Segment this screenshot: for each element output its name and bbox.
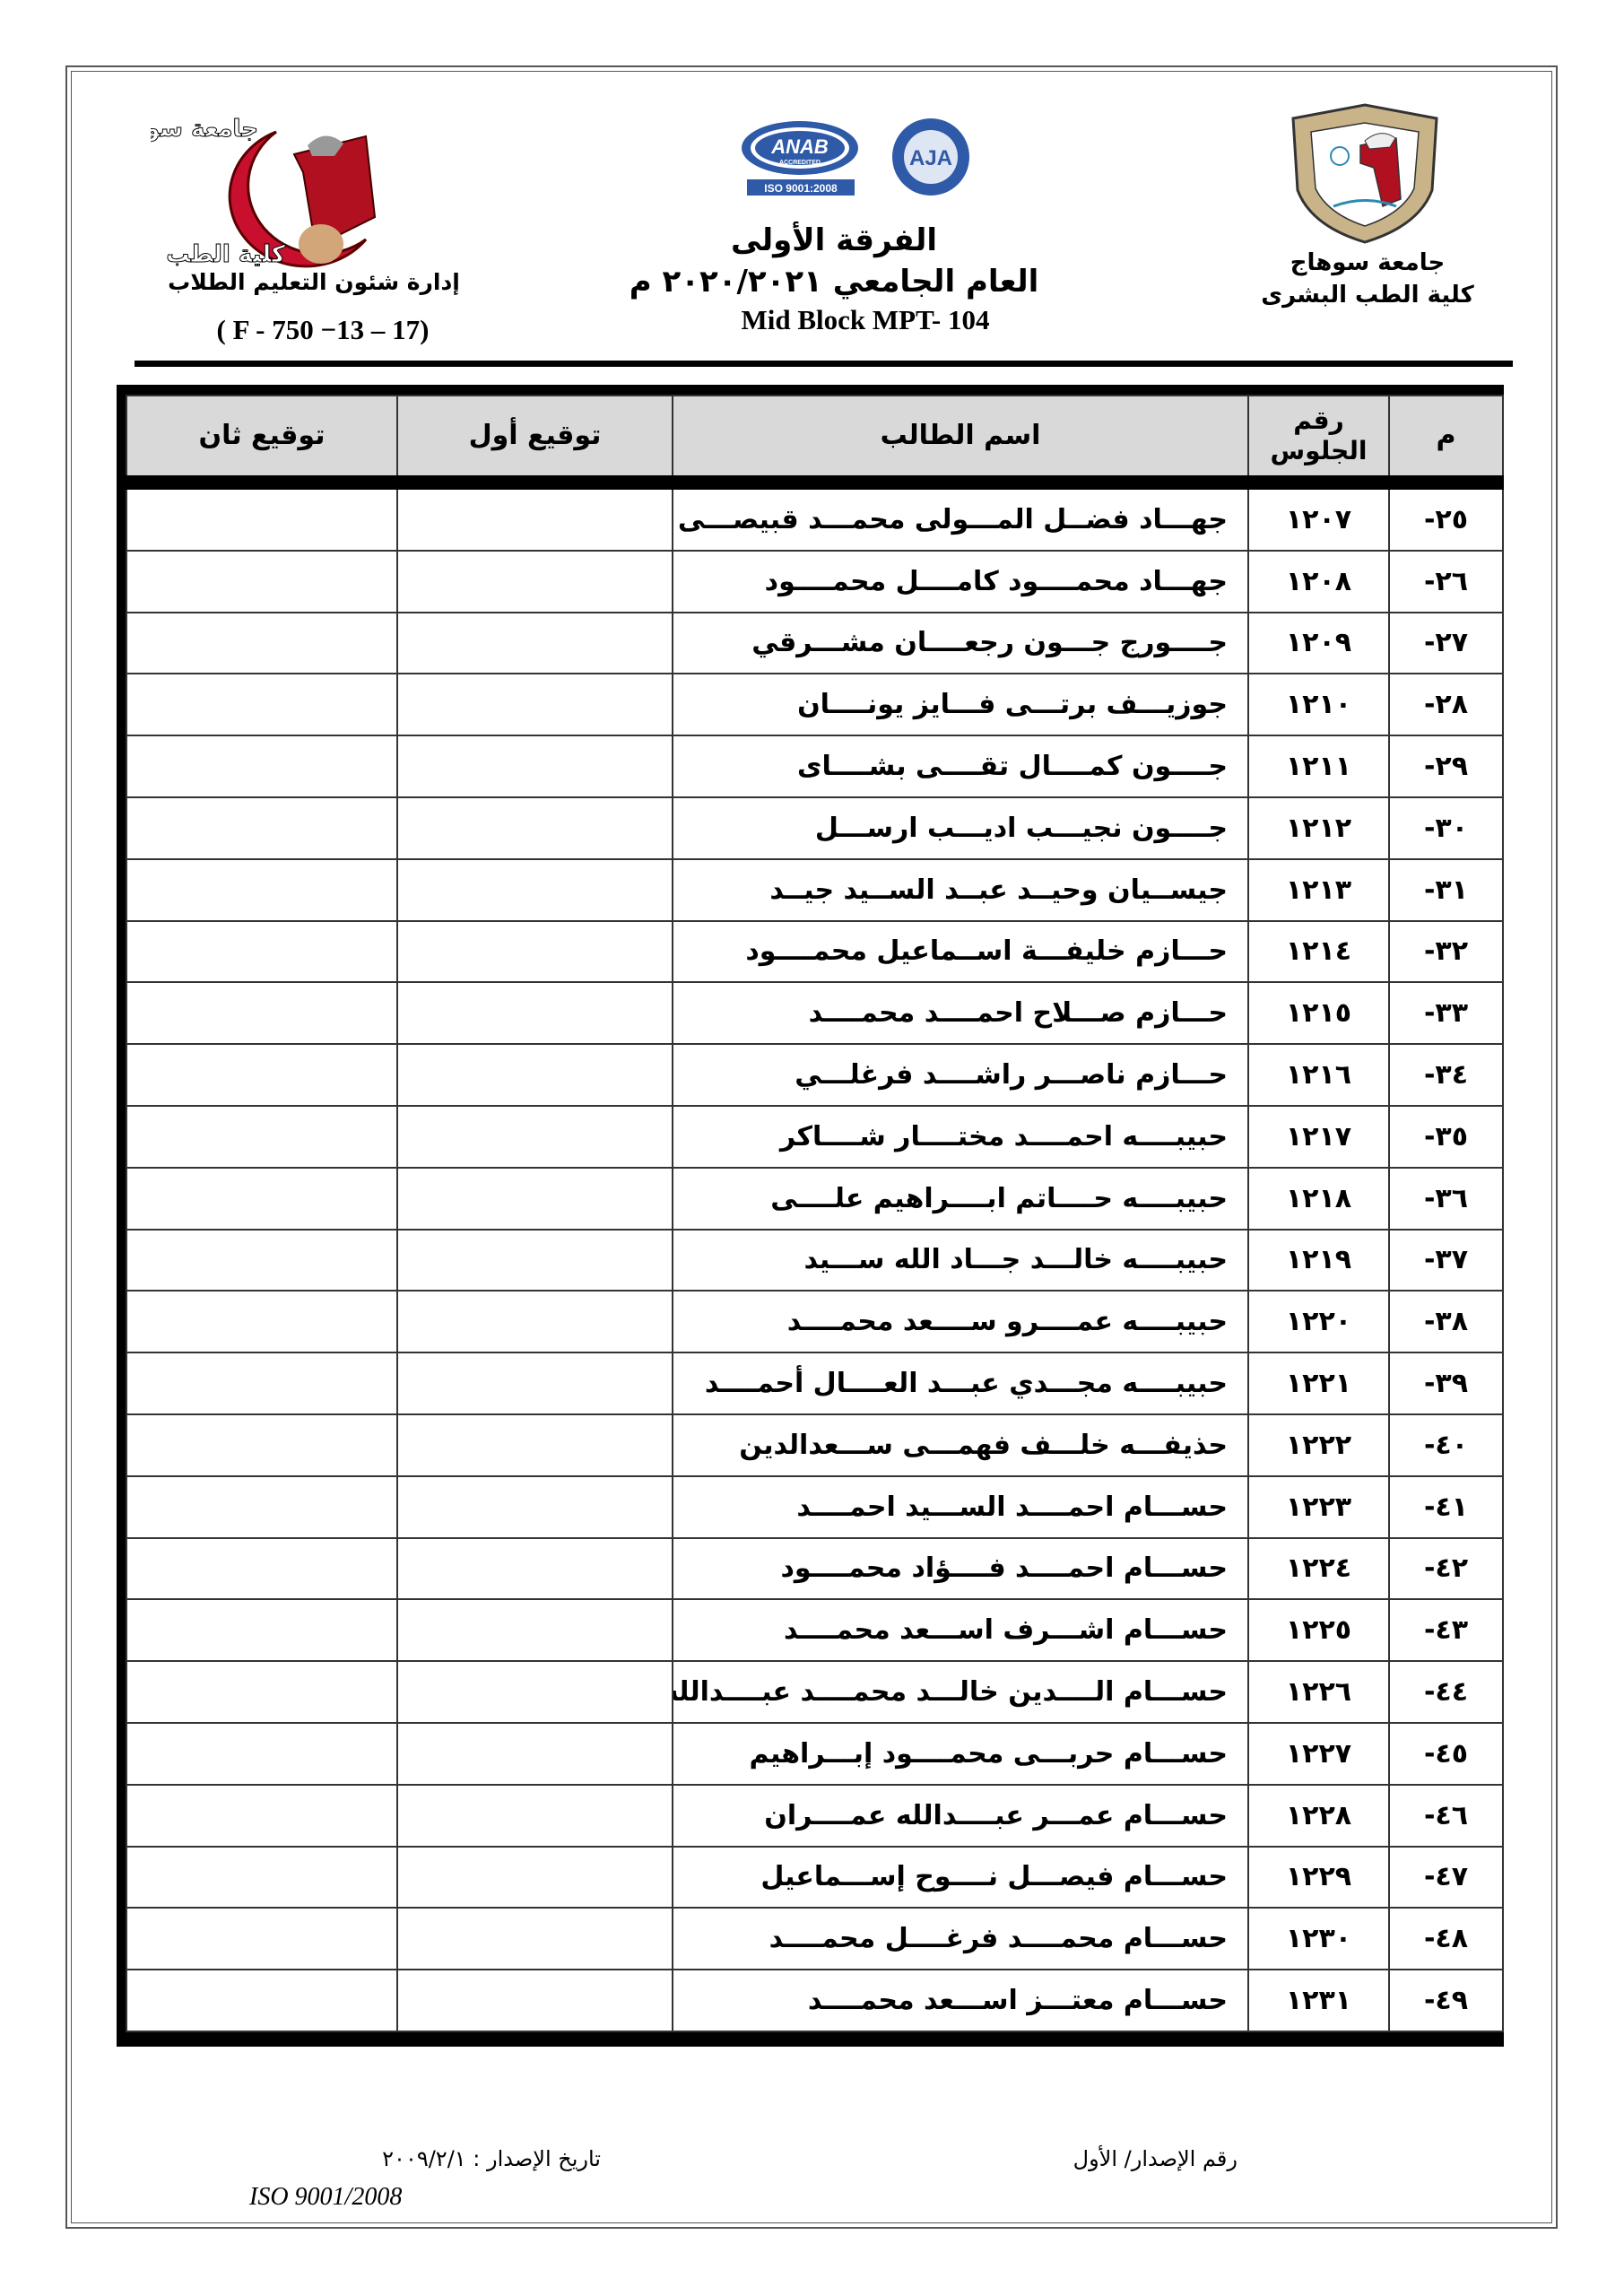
- table-row: ٣٥-١٢١٧حبيبــــه احمــــد مختــــار شـــ…: [126, 1106, 1503, 1168]
- student-name: حبيبــــه مجـــدي عبـــد العــــال أحمــ…: [673, 1352, 1248, 1414]
- row-index: ٣٣-: [1389, 982, 1503, 1044]
- seat-number: ١٢٢٨: [1248, 1785, 1389, 1847]
- student-name: حـــازم صـــلاح احمــــد محمــــد: [673, 982, 1248, 1044]
- table-row: ٣٢-١٢١٤حـــازم خليفـــة اســماعيل محمـــ…: [126, 921, 1503, 983]
- table-row: ٣٨-١٢٢٠حبيبــــه عمــــرو ســــعد محمـــ…: [126, 1291, 1503, 1352]
- issue-number: رقم الإصدار/ الأول: [986, 2146, 1238, 2171]
- academic-year: العام الجامعي ٢٠٢٠/٢٠٢١ م: [619, 261, 1049, 302]
- col-header-first-signature: توقيع أول: [397, 396, 673, 483]
- row-index: ٤٥-: [1389, 1723, 1503, 1785]
- first-signature-cell[interactable]: [397, 859, 673, 921]
- second-signature-cell[interactable]: [126, 735, 397, 797]
- seat-number: ١٢٢٩: [1248, 1847, 1389, 1909]
- iso-standard: ISO 9001/2008: [249, 2183, 402, 2212]
- row-index: ٢٥-: [1389, 483, 1503, 551]
- first-signature-cell[interactable]: [397, 1538, 673, 1600]
- seat-number: ١٢١٣: [1248, 859, 1389, 921]
- row-index: ٣٦-: [1389, 1168, 1503, 1230]
- student-name: حبيبــــه عمــــرو ســــعد محمــــد: [673, 1291, 1248, 1352]
- first-signature-cell[interactable]: [397, 1106, 673, 1168]
- second-signature-cell[interactable]: [126, 1723, 397, 1785]
- accreditation-badges: ANAB ACCREDITED ISO 9001:2008 AJA: [740, 117, 991, 202]
- student-name: جيســيان وحيــد عبــد الســيد جيــد: [673, 859, 1248, 921]
- second-signature-cell[interactable]: [126, 1352, 397, 1414]
- first-signature-cell[interactable]: [397, 1970, 673, 2031]
- university-info: جامعة سوهاج كلية الطب البشرى: [1251, 247, 1484, 311]
- seat-number: ١٢٢٤: [1248, 1538, 1389, 1600]
- second-signature-cell[interactable]: [126, 674, 397, 735]
- table-row: ٢٧-١٢٠٩جــــورج جـــون رجعــــان مشـــرق…: [126, 613, 1503, 674]
- table-row: ٤٣-١٢٢٥حســـام اشـــرف اســـعد محمــــد: [126, 1599, 1503, 1661]
- table-row: ٢٦-١٢٠٨جهـــاد محمــــود كامــــل محمـــ…: [126, 551, 1503, 613]
- row-index: ٤٤-: [1389, 1661, 1503, 1723]
- attendance-table: م رقم الجلوس اسم الطالب توقيع أول توقيع …: [126, 395, 1504, 2032]
- seat-number: ١٢٢٧: [1248, 1723, 1389, 1785]
- header-divider: [135, 361, 1513, 367]
- seat-number: ١٢٣٠: [1248, 1908, 1389, 1970]
- seat-number: ١٢٣١: [1248, 1970, 1389, 2031]
- student-name: جهـــاد محمــــود كامــــل محمــــود: [673, 551, 1248, 613]
- first-signature-cell[interactable]: [397, 1847, 673, 1909]
- first-signature-cell[interactable]: [397, 1291, 673, 1352]
- table-row: ٤١-١٢٢٣حســـام احمــــد الســـيد احمــــ…: [126, 1476, 1503, 1538]
- second-signature-cell[interactable]: [126, 613, 397, 674]
- student-name: حســـام محمــــد فرغــــل محمــــد: [673, 1908, 1248, 1970]
- department-name: إدارة شئون التعليم الطلاب: [152, 269, 475, 295]
- student-name: جــــون كمــــال تقــــى بشــــاى: [673, 735, 1248, 797]
- student-name: حبيبــــه احمــــد مختــــار شــــاكر: [673, 1106, 1248, 1168]
- first-signature-cell[interactable]: [397, 1723, 673, 1785]
- student-name: حســـام معتـــز اســـعد محمــــد: [673, 1970, 1248, 2031]
- second-signature-cell[interactable]: [126, 1291, 397, 1352]
- row-index: ٤٠-: [1389, 1414, 1503, 1476]
- second-signature-cell[interactable]: [126, 797, 397, 859]
- row-index: ٢٨-: [1389, 674, 1503, 735]
- student-name: حبيبــــه حــــاتم ابــــراهيم علــــى: [673, 1168, 1248, 1230]
- issue-date: تاريخ الإصدار : ٢٠٠٩/٢/١: [269, 2146, 601, 2171]
- second-signature-cell[interactable]: [126, 1044, 397, 1106]
- first-signature-cell[interactable]: [397, 1414, 673, 1476]
- seat-number: ١٢٢٥: [1248, 1599, 1389, 1661]
- second-signature-cell[interactable]: [126, 1661, 397, 1723]
- svg-text:ACCREDITED: ACCREDITED: [779, 160, 821, 166]
- first-signature-cell[interactable]: [397, 921, 673, 983]
- row-index: ٤٢-: [1389, 1538, 1503, 1600]
- student-name: جوزيـــف برتـــى فـــايز يونــــان: [673, 674, 1248, 735]
- col-header-second-signature: توقيع ثان: [126, 396, 397, 483]
- student-name: حذيفـــه خلـــف فهمـــى ســـعدالدين: [673, 1414, 1248, 1476]
- seat-number: ١٢١٥: [1248, 982, 1389, 1044]
- anab-badge: ANAB ACCREDITED ISO 9001:2008: [742, 121, 858, 196]
- seat-number: ١٢١١: [1248, 735, 1389, 797]
- university-name: جامعة سوهاج: [1251, 247, 1484, 279]
- seat-number: ١٢٢٢: [1248, 1414, 1389, 1476]
- row-index: ٣١-: [1389, 859, 1503, 921]
- student-name: حـــازم خليفـــة اســماعيل محمــــود: [673, 921, 1248, 983]
- row-index: ٤٩-: [1389, 1970, 1503, 2031]
- first-signature-cell[interactable]: [397, 1476, 673, 1538]
- seat-number: ١٢٠٩: [1248, 613, 1389, 674]
- table-row: ٣٧-١٢١٩حبيبــــه خالـــد جـــاد الله ســ…: [126, 1230, 1503, 1291]
- seat-number: ١٢١٩: [1248, 1230, 1389, 1291]
- table-row: ٣٩-١٢٢١حبيبــــه مجـــدي عبـــد العــــا…: [126, 1352, 1503, 1414]
- row-index: ٢٩-: [1389, 735, 1503, 797]
- row-index: ٤٣-: [1389, 1599, 1503, 1661]
- seat-number: ١٢٠٧: [1248, 483, 1389, 551]
- col-header-seat-no: رقم الجلوس: [1248, 396, 1389, 483]
- second-signature-cell[interactable]: [126, 982, 397, 1044]
- student-name: جــــون نجيـــب اديـــب ارســـل: [673, 797, 1248, 859]
- second-signature-cell[interactable]: [126, 859, 397, 921]
- second-signature-cell[interactable]: [126, 1599, 397, 1661]
- seat-number: ١٢١٢: [1248, 797, 1389, 859]
- row-index: ٣٩-: [1389, 1352, 1503, 1414]
- row-index: ٣٠-: [1389, 797, 1503, 859]
- row-index: ٣٤-: [1389, 1044, 1503, 1106]
- row-index: ٢٦-: [1389, 551, 1503, 613]
- student-name: حســـام اشـــرف اســـعد محمــــد: [673, 1599, 1248, 1661]
- table-row: ٤٠-١٢٢٢حذيفـــه خلـــف فهمـــى ســـعدالد…: [126, 1414, 1503, 1476]
- second-signature-cell[interactable]: [126, 1908, 397, 1970]
- first-signature-cell[interactable]: [397, 551, 673, 613]
- seat-number: ١٢١٨: [1248, 1168, 1389, 1230]
- first-signature-cell[interactable]: [397, 982, 673, 1044]
- student-name: حســـام الــــدين خالـــد محمــــد عبـــ…: [673, 1661, 1248, 1723]
- first-signature-cell[interactable]: [397, 483, 673, 551]
- student-name: حســـام احمــــد فــــؤاد محمــــود: [673, 1538, 1248, 1600]
- table-row: ٣٠-١٢١٢جــــون نجيـــب اديـــب ارســـل: [126, 797, 1503, 859]
- seat-number: ١٢١٠: [1248, 674, 1389, 735]
- document-title-block: الفرقة الأولى العام الجامعي ٢٠٢٠/٢٠٢١ م …: [619, 220, 1049, 338]
- seat-number: ١٢٢٠: [1248, 1291, 1389, 1352]
- second-signature-cell[interactable]: [126, 1847, 397, 1909]
- faculty-logo: جامعة سوهاج كلية الطب: [151, 100, 420, 271]
- student-name: جــــورج جـــون رجعــــان مشـــرقي: [673, 613, 1248, 674]
- table-row: ٢٩-١٢١١جــــون كمــــال تقــــى بشــــاى: [126, 735, 1503, 797]
- seat-number: ١٢١٦: [1248, 1044, 1389, 1106]
- seat-number: ١٢١٤: [1248, 921, 1389, 983]
- aja-badge: AJA: [892, 118, 969, 196]
- row-index: ٢٧-: [1389, 613, 1503, 674]
- row-index: ٣٥-: [1389, 1106, 1503, 1168]
- first-signature-cell[interactable]: [397, 1352, 673, 1414]
- student-name: حـــازم ناصـــر راشــــد فرغلـــي: [673, 1044, 1248, 1106]
- col-header-index: م: [1389, 396, 1503, 483]
- student-name: حســـام عمـــر عبــــدالله عمــــران: [673, 1785, 1248, 1847]
- row-index: ٤٧-: [1389, 1847, 1503, 1909]
- table-row: ٤٨-١٢٣٠حســـام محمــــد فرغــــل محمــــ…: [126, 1908, 1503, 1970]
- second-signature-cell[interactable]: [126, 1168, 397, 1230]
- first-signature-cell[interactable]: [397, 1168, 673, 1230]
- first-signature-cell[interactable]: [397, 735, 673, 797]
- second-signature-cell[interactable]: [126, 1970, 397, 2031]
- svg-text:ISO 9001:2008: ISO 9001:2008: [764, 182, 838, 195]
- student-name: جهـــاد فضــل المـــولى محمـــد قبيصـــى: [673, 483, 1248, 551]
- col-header-student-name: اسم الطالب: [673, 396, 1248, 483]
- second-signature-cell[interactable]: [126, 483, 397, 551]
- seat-number: ١٢٢٦: [1248, 1661, 1389, 1723]
- first-signature-cell[interactable]: [397, 797, 673, 859]
- row-index: ٣٨-: [1389, 1291, 1503, 1352]
- seat-number: ١٢٢٣: [1248, 1476, 1389, 1538]
- table-header-row: م رقم الجلوس اسم الطالب توقيع أول توقيع …: [126, 396, 1503, 483]
- row-index: ٤٦-: [1389, 1785, 1503, 1847]
- row-index: ٤٨-: [1389, 1908, 1503, 1970]
- first-signature-cell[interactable]: [397, 674, 673, 735]
- first-signature-cell[interactable]: [397, 1661, 673, 1723]
- student-name: حبيبــــه خالـــد جـــاد الله ســـيد: [673, 1230, 1248, 1291]
- table-row: ٣١-١٢١٣جيســيان وحيــد عبــد الســيد جيـ…: [126, 859, 1503, 921]
- table-row: ٤٦-١٢٢٨حســـام عمـــر عبــــدالله عمــــ…: [126, 1785, 1503, 1847]
- row-index: ٣٢-: [1389, 921, 1503, 983]
- table-row: ٢٥-١٢٠٧جهـــاد فضــل المـــولى محمـــد ق…: [126, 483, 1503, 551]
- table-row: ٣٣-١٢١٥حـــازم صـــلاح احمــــد محمــــد: [126, 982, 1503, 1044]
- attendance-table-frame: م رقم الجلوس اسم الطالب توقيع أول توقيع …: [117, 385, 1504, 2047]
- form-code: ( F - 750 −13 – 17): [175, 314, 471, 346]
- student-name: حســـام فيصـــل نــــوح إســـماعيل: [673, 1847, 1248, 1909]
- logo-text-top: جامعة سوهاج: [151, 116, 258, 143]
- seat-number: ١٢٢١: [1248, 1352, 1389, 1414]
- second-signature-cell[interactable]: [126, 1106, 397, 1168]
- logo-text-bottom: كلية الطب: [166, 241, 286, 268]
- exam-name: Mid Block MPT- 104: [682, 302, 1049, 338]
- university-crest: [1284, 100, 1446, 244]
- first-signature-cell[interactable]: [397, 613, 673, 674]
- seat-number: ١٢١٧: [1248, 1106, 1389, 1168]
- first-signature-cell[interactable]: [397, 1908, 673, 1970]
- second-signature-cell[interactable]: [126, 551, 397, 613]
- first-signature-cell[interactable]: [397, 1785, 673, 1847]
- second-signature-cell[interactable]: [126, 1785, 397, 1847]
- second-signature-cell[interactable]: [126, 1230, 397, 1291]
- table-row: ٣٦-١٢١٨حبيبــــه حــــاتم ابــــراهيم عل…: [126, 1168, 1503, 1230]
- first-signature-cell[interactable]: [397, 1044, 673, 1106]
- table-row: ٤٥-١٢٢٧حســـام حربـــى محمــــود إبـــرا…: [126, 1723, 1503, 1785]
- seat-number: ١٢٠٨: [1248, 551, 1389, 613]
- table-body: ٢٥-١٢٠٧جهـــاد فضــل المـــولى محمـــد ق…: [126, 483, 1503, 2031]
- class-level: الفرقة الأولى: [619, 220, 1049, 261]
- table-row: ٢٨-١٢١٠جوزيـــف برتـــى فـــايز يونــــا…: [126, 674, 1503, 735]
- faculty-name: كلية الطب البشرى: [1251, 279, 1484, 311]
- second-signature-cell[interactable]: [126, 1414, 397, 1476]
- student-name: حســـام حربـــى محمــــود إبـــراهيم: [673, 1723, 1248, 1785]
- student-name: حســـام احمــــد الســـيد احمــــد: [673, 1476, 1248, 1538]
- second-signature-cell[interactable]: [126, 1538, 397, 1600]
- table-row: ٤٧-١٢٢٩حســـام فيصـــل نــــوح إســـماعي…: [126, 1847, 1503, 1909]
- row-index: ٣٧-: [1389, 1230, 1503, 1291]
- first-signature-cell[interactable]: [397, 1230, 673, 1291]
- second-signature-cell[interactable]: [126, 1476, 397, 1538]
- table-row: ٤٢-١٢٢٤حســـام احمــــد فــــؤاد محمــــ…: [126, 1538, 1503, 1600]
- svg-text:AJA: AJA: [909, 146, 952, 170]
- second-signature-cell[interactable]: [126, 921, 397, 983]
- table-row: ٤٤-١٢٢٦حســـام الــــدين خالـــد محمــــ…: [126, 1661, 1503, 1723]
- table-row: ٣٤-١٢١٦حـــازم ناصـــر راشــــد فرغلـــي: [126, 1044, 1503, 1106]
- row-index: ٤١-: [1389, 1476, 1503, 1538]
- anab-text: ANAB: [770, 135, 829, 158]
- table-row: ٤٩-١٢٣١حســـام معتـــز اســـعد محمــــد: [126, 1970, 1503, 2031]
- first-signature-cell[interactable]: [397, 1599, 673, 1661]
